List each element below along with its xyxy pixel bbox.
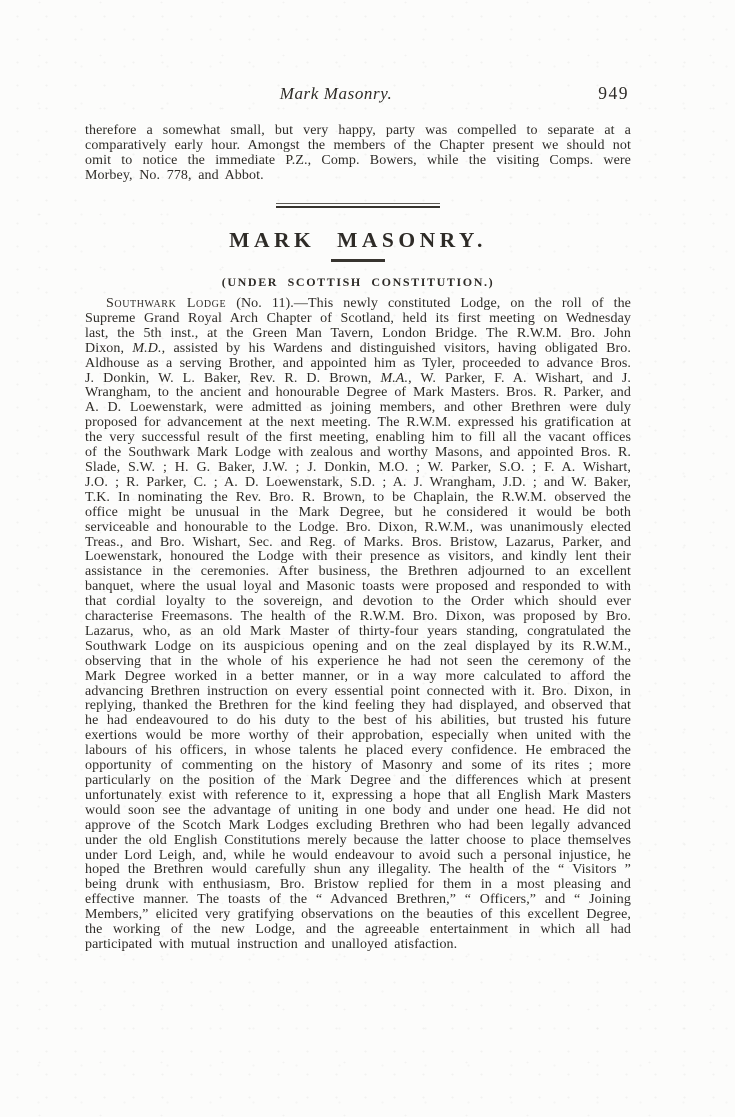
body-segment: , W. Parker, F. A. Wishart, and J. Wrang… <box>85 371 631 952</box>
divider-top-rule <box>276 203 440 204</box>
title-rule <box>331 259 385 262</box>
running-head: Mark Masonry. 949 <box>85 84 631 106</box>
article-subtitle: (UNDER SCOTTISH CONSTITUTION.) <box>85 275 631 289</box>
article-title: MARK MASONRY. <box>85 229 631 251</box>
intro-paragraph: therefore a somewhat small, but very hap… <box>85 123 631 183</box>
body-segment-lodge-name: Southwark Lodge <box>106 296 226 311</box>
divider-bottom-rule <box>276 206 440 208</box>
document-page: Mark Masonry. 949 therefore a somewhat s… <box>0 0 735 1117</box>
body-segment-md-italic: M.D. <box>132 341 161 356</box>
running-head-title: Mark Masonry. <box>280 84 393 104</box>
page-number: 949 <box>598 83 629 104</box>
article-body: Southwark Lodge (No. 11).—This newly con… <box>85 297 631 953</box>
body-segment-ma-italic: M.A. <box>380 371 408 386</box>
section-divider <box>276 203 440 208</box>
